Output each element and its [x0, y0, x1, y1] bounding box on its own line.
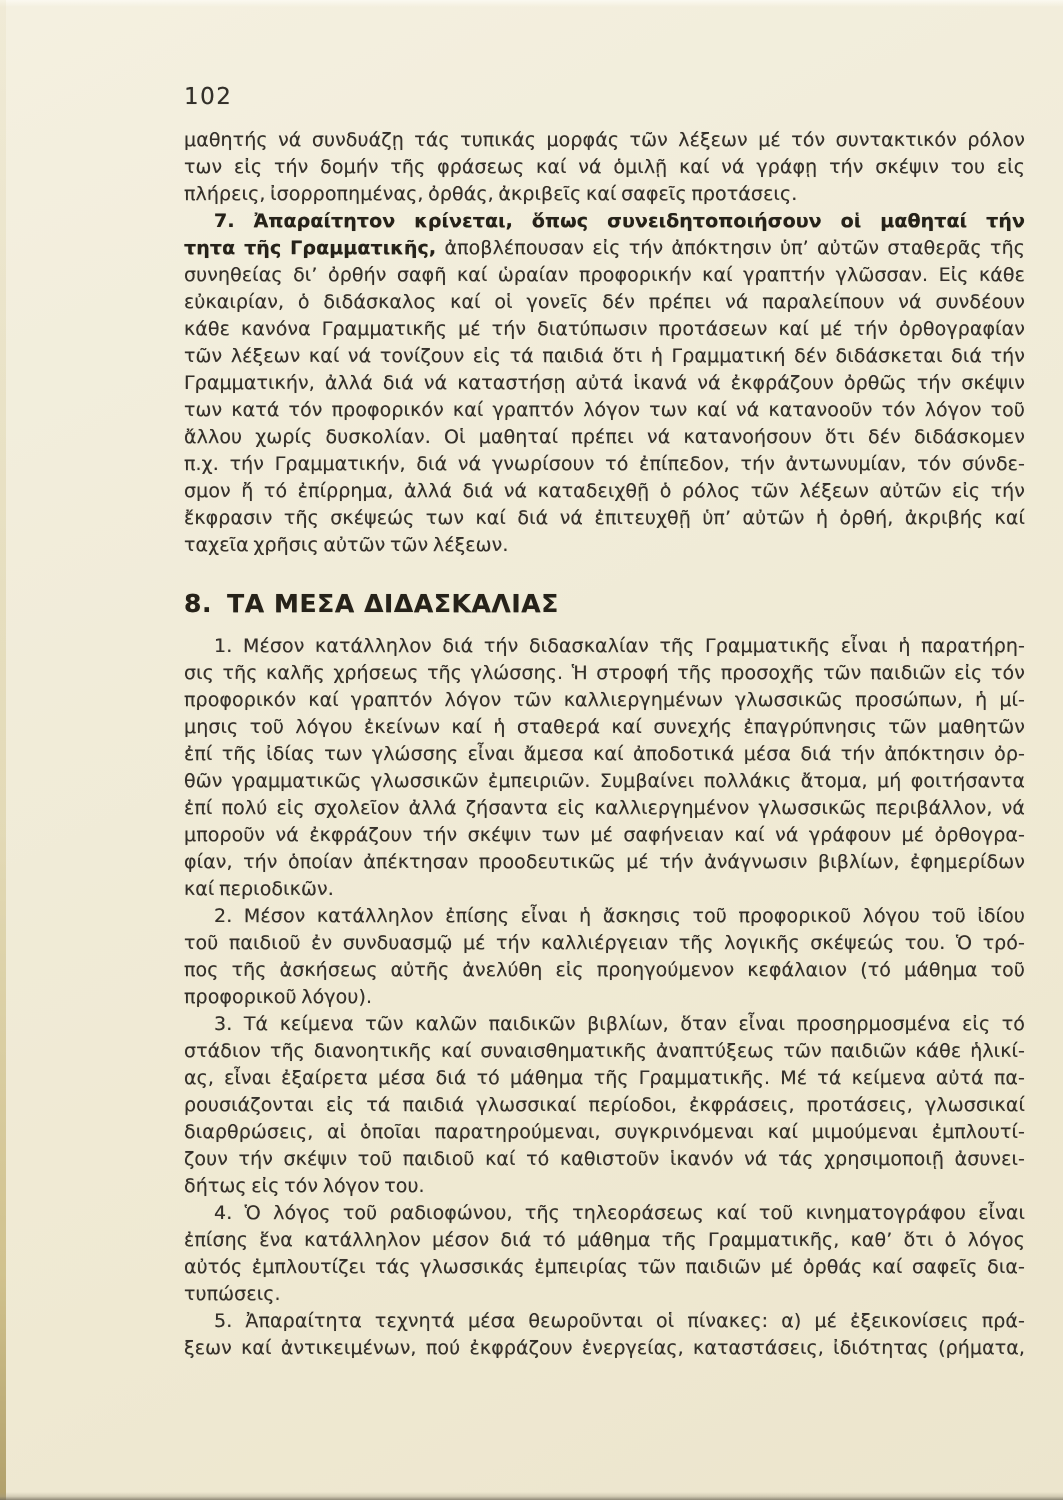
- section-number: 8.: [184, 589, 212, 618]
- paragraph: 4. Ὁ λόγος τοῦ ραδιοφώνου, τῆς τηλεοράσε…: [184, 1200, 1025, 1308]
- bold-text-run: τητα τῆς Γραμματικῆς,: [184, 237, 436, 259]
- text-line: ξεων καί ἀντικειμένων, πού ἐκφράζουν ἐνε…: [184, 1335, 1025, 1362]
- text-line: 3. Τά κείμενα τῶν καλῶν παιδικῶν βιβλίων…: [184, 1011, 1025, 1038]
- text-line: πλήρεις, ἰσορροπημένας, ὀρθάς, ἀκριβεῖς …: [184, 181, 1025, 208]
- text-run: μησις τοῦ λόγου ἐκείνων καί ἡ σταθερά κα…: [184, 716, 1025, 738]
- text-line: κάθε κανόνα Γραμματικῆς μέ τήν διατύπωσι…: [184, 316, 1025, 343]
- text-run: των κατά τόν προφορικόν καί γραπτόν λόγο…: [184, 399, 1025, 421]
- text-run: ξεων καί ἀντικειμένων, πού ἐκφράζουν ἐνε…: [184, 1337, 1025, 1359]
- text-line: μαθητής νά συνδυάζῃ τάς τυπικάς μορφάς τ…: [184, 127, 1025, 154]
- text-line: των κατά τόν προφορικόν καί γραπτόν λόγο…: [184, 397, 1025, 424]
- paragraph: 3. Τά κείμενα τῶν καλῶν παιδικῶν βιβλίων…: [184, 1011, 1025, 1200]
- text-line: τοῦ παιδιοῦ ἐν συνδυασμῷ μέ τήν καλλιέργ…: [184, 930, 1025, 957]
- text-line: τῶν λέξεων καί νά τονίζουν εἰς τά παιδιά…: [184, 343, 1025, 370]
- text-run: στάδιον τῆς διανοητικῆς καί συναισθηματι…: [184, 1040, 1025, 1062]
- text-run: πος τῆς ἀσκήσεως αὐτῆς ἀνελύθη εἰς προηγ…: [184, 959, 1025, 981]
- text-line: ρουσιάζονται εἰς τά παιδιά γλωσσικαί περ…: [184, 1092, 1025, 1119]
- text-line: 7. Ἀπαραίτητον κρίνεται, ὅπως συνειδητοπ…: [184, 208, 1025, 235]
- text-line: δήτως εἰς τόν λόγον του.: [184, 1173, 1025, 1200]
- bold-text-run: 7. Ἀπαραίτητον κρίνεται, ὅπως συνειδητοπ…: [214, 210, 1025, 235]
- text-line: 4. Ὁ λόγος τοῦ ραδιοφώνου, τῆς τηλεοράσε…: [184, 1200, 1025, 1227]
- text-line: προφορικοῦ λόγου).: [184, 984, 1025, 1011]
- section-heading: 8.ΤΑ ΜΕΣΑ ΔΙΔΑΣΚΑΛΙΑΣ: [184, 589, 1025, 619]
- text-run: ἄλλου χωρίς δυσκολίαν. Οἱ μαθηταί πρέπει…: [184, 426, 1025, 448]
- paragraph: 1. Μέσον κατάλληλον διά τήν διδασκαλίαν …: [184, 633, 1025, 903]
- text-line: τυπώσεις.: [184, 1281, 1025, 1308]
- text-line: ἄλλου χωρίς δυσκολίαν. Οἱ μαθηταί πρέπει…: [184, 424, 1025, 451]
- text-line: αὐτός ἐμπλουτίζει τάς γλωσσικάς ἐμπειρία…: [184, 1254, 1025, 1281]
- text-line: π.χ. τήν Γραμματικήν, διά νά γνωρίσουν τ…: [184, 451, 1025, 478]
- paragraph: 2. Μέσον κατάλληλον ἐπίσης εἶναι ἡ ἄσκησ…: [184, 903, 1025, 1011]
- text-run: ἀποβλέπουσαν εἰς τήν ἀπόκτησιν ὑπ’ αὐτῶν…: [436, 237, 1025, 259]
- paragraph: 7. Ἀπαραίτητον κρίνεται, ὅπως συνειδητοπ…: [184, 208, 1025, 559]
- text-line: θῶν γραμματικῶς γλωσσικῶν ἐμπειριῶν. Συμ…: [184, 768, 1025, 795]
- text-column-blocks: μαθητής νά συνδυάζῃ τάς τυπικάς μορφάς τ…: [184, 127, 1025, 1362]
- text-line: μησις τοῦ λόγου ἐκείνων καί ἡ σταθερά κα…: [184, 714, 1025, 741]
- text-line: των εἰς τήν δομήν τῆς φράσεως καί νά ὁμι…: [184, 154, 1025, 181]
- text-line: 5. Ἀπαραίτητα τεχνητά μέσα θεωροῦνται οἱ…: [184, 1308, 1025, 1335]
- text-run: 1. Μέσον κατάλληλον διά τήν διδασκαλίαν …: [214, 635, 1025, 657]
- text-run: ας, εἶναι ἐξαίρετα μέσα διά τό μάθημα τῆ…: [184, 1067, 1025, 1089]
- text-run: ζουν τήν σκέψιν τοῦ παιδιοῦ καί τό καθισ…: [184, 1148, 1025, 1170]
- text-run: συνηθείας δι’ ὀρθήν σαφῆ καί ὡραίαν προφ…: [184, 264, 1025, 286]
- text-run: προφορικοῦ λόγου).: [184, 986, 372, 1008]
- text-run: ἐπί τῆς ἰδίας των γλώσσης εἶναι ἄμεσα κα…: [184, 743, 1025, 765]
- text-line: διαρθρώσεις, αἱ ὁποῖαι παρατηρούμεναι, σ…: [184, 1119, 1025, 1146]
- text-run: μαθητής νά συνδυάζῃ τάς τυπικάς μορφάς τ…: [184, 129, 1025, 151]
- text-run: 2. Μέσον κατάλληλον ἐπίσης εἶναι ἡ ἄσκησ…: [214, 905, 1025, 927]
- text-run: π.χ. τήν Γραμματικήν, διά νά γνωρίσουν τ…: [184, 453, 1025, 475]
- text-line: στάδιον τῆς διανοητικῆς καί συναισθηματι…: [184, 1038, 1025, 1065]
- paper-edge-left: [0, 0, 6, 1500]
- text-line: ἐπίσης ἕνα κατάλληλον μέσον διά τό μάθημ…: [184, 1227, 1025, 1254]
- text-run: Γραμματικήν, ἀλλά διά νά καταστήσῃ αὐτά …: [184, 372, 1025, 394]
- text-line: φίαν, τήν ὁποίαν ἀπέκτησαν προοδευτικῶς …: [184, 849, 1025, 876]
- text-line: ἐπί τῆς ἰδίας των γλώσσης εἶναι ἄμεσα κα…: [184, 741, 1025, 768]
- text-line: 1. Μέσον κατάλληλον διά τήν διδασκαλίαν …: [184, 633, 1025, 660]
- text-run: τυπώσεις.: [184, 1283, 281, 1305]
- text-run: σμον ἤ τό ἐπίρρημα, ἀλλά διά νά καταδειχ…: [184, 480, 1025, 502]
- section-title: ΤΑ ΜΕΣΑ ΔΙΔΑΣΚΑΛΙΑΣ: [227, 589, 559, 618]
- text-run: ταχεῖα χρῆσις αὐτῶν τῶν λέξεων.: [184, 534, 509, 556]
- text-line: καί περιοδικῶν.: [184, 876, 1025, 903]
- text-run: θῶν γραμματικῶς γλωσσικῶν ἐμπειριῶν. Συμ…: [184, 770, 1025, 792]
- text-run: φίαν, τήν ὁποίαν ἀπέκτησαν προοδευτικῶς …: [184, 851, 1025, 873]
- text-run: καί περιοδικῶν.: [184, 878, 334, 900]
- page-number: 102: [184, 85, 1025, 110]
- text-line: ας, εἶναι ἐξαίρετα μέσα διά τό μάθημα τῆ…: [184, 1065, 1025, 1092]
- paragraph: 5. Ἀπαραίτητα τεχνητά μέσα θεωροῦνται οἱ…: [184, 1308, 1025, 1362]
- text-run: 5. Ἀπαραίτητα τεχνητά μέσα θεωροῦνται οἱ…: [214, 1310, 1025, 1332]
- text-run: εὐκαιρίαν, ὁ διδάσκαλος καί οἱ γονεῖς δέ…: [184, 291, 1025, 313]
- text-line: σις τῆς καλῆς χρήσεως τῆς γλώσσης. Ἡ στρ…: [184, 660, 1025, 687]
- text-line: ζουν τήν σκέψιν τοῦ παιδιοῦ καί τό καθισ…: [184, 1146, 1025, 1173]
- text-line: ἔκφρασιν τῆς σκέψεώς των καί διά νά ἐπιτ…: [184, 505, 1025, 532]
- text-line: προφορικόν καί γραπτόν λόγον τῶν καλλιερ…: [184, 687, 1025, 714]
- text-run: κάθε κανόνα Γραμματικῆς μέ τήν διατύπωσι…: [184, 318, 1025, 340]
- text-line: μποροῦν νά ἐκφράζουν τήν σκέψιν των μέ σ…: [184, 822, 1025, 849]
- text-run: τοῦ παιδιοῦ ἐν συνδυασμῷ μέ τήν καλλιέργ…: [184, 932, 1025, 954]
- text-run: αὐτός ἐμπλουτίζει τάς γλωσσικάς ἐμπειρία…: [184, 1256, 1025, 1278]
- text-run: ἔκφρασιν τῆς σκέψεώς των καί διά νά ἐπιτ…: [184, 507, 1025, 529]
- text-run: μποροῦν νά ἐκφράζουν τήν σκέψιν των μέ σ…: [184, 824, 1025, 846]
- text-run: ρουσιάζονται εἰς τά παιδιά γλωσσικαί περ…: [184, 1094, 1025, 1116]
- text-line: ἐπί πολύ εἰς σχολεῖον ἀλλά ζήσαντα εἰς κ…: [184, 795, 1025, 822]
- text-run: 4. Ὁ λόγος τοῦ ραδιοφώνου, τῆς τηλεοράσε…: [214, 1202, 1025, 1224]
- paper-edge-top: [0, 0, 1063, 7]
- text-run: τῶν λέξεων καί νά τονίζουν εἰς τά παιδιά…: [184, 345, 1025, 367]
- text-line: Γραμματικήν, ἀλλά διά νά καταστήσῃ αὐτά …: [184, 370, 1025, 397]
- text-run: των εἰς τήν δομήν τῆς φράσεως καί νά ὁμι…: [184, 156, 1025, 178]
- text-line: σμον ἤ τό ἐπίρρημα, ἀλλά διά νά καταδειχ…: [184, 478, 1025, 505]
- text-run: πλήρεις, ἰσορροπημένας, ὀρθάς, ἀκριβεῖς …: [184, 183, 797, 205]
- paragraph: μαθητής νά συνδυάζῃ τάς τυπικάς μορφάς τ…: [184, 127, 1025, 208]
- text-run: ἐπί πολύ εἰς σχολεῖον ἀλλά ζήσαντα εἰς κ…: [184, 797, 1025, 819]
- text-line: εὐκαιρίαν, ὁ διδάσκαλος καί οἱ γονεῖς δέ…: [184, 289, 1025, 316]
- text-line: τητα τῆς Γραμματικῆς, ἀποβλέπουσαν εἰς τ…: [184, 235, 1025, 262]
- text-run: διαρθρώσεις, αἱ ὁποῖαι παρατηρούμεναι, σ…: [184, 1121, 1025, 1143]
- text-line: πος τῆς ἀσκήσεως αὐτῆς ἀνελύθη εἰς προηγ…: [184, 957, 1025, 984]
- scanned-page: 102 μαθητής νά συνδυάζῃ τάς τυπικάς μορφ…: [0, 0, 1063, 1500]
- paper-edge-bottom: [0, 1492, 1063, 1500]
- text-run: 3. Τά κείμενα τῶν καλῶν παιδικῶν βιβλίων…: [214, 1013, 1025, 1035]
- text-run: προφορικόν καί γραπτόν λόγον τῶν καλλιερ…: [184, 689, 1025, 711]
- text-run: σις τῆς καλῆς χρήσεως τῆς γλώσσης. Ἡ στρ…: [184, 662, 1025, 684]
- text-column: 102 μαθητής νά συνδυάζῃ τάς τυπικάς μορφ…: [184, 85, 1025, 1362]
- text-run: δήτως εἰς τόν λόγον του.: [184, 1175, 425, 1197]
- text-run: ἐπίσης ἕνα κατάλληλον μέσον διά τό μάθημ…: [184, 1229, 1025, 1251]
- text-line: συνηθείας δι’ ὀρθήν σαφῆ καί ὡραίαν προφ…: [184, 262, 1025, 289]
- text-line: 2. Μέσον κατάλληλον ἐπίσης εἶναι ἡ ἄσκησ…: [184, 903, 1025, 930]
- text-line: ταχεῖα χρῆσις αὐτῶν τῶν λέξεων.: [184, 532, 1025, 559]
